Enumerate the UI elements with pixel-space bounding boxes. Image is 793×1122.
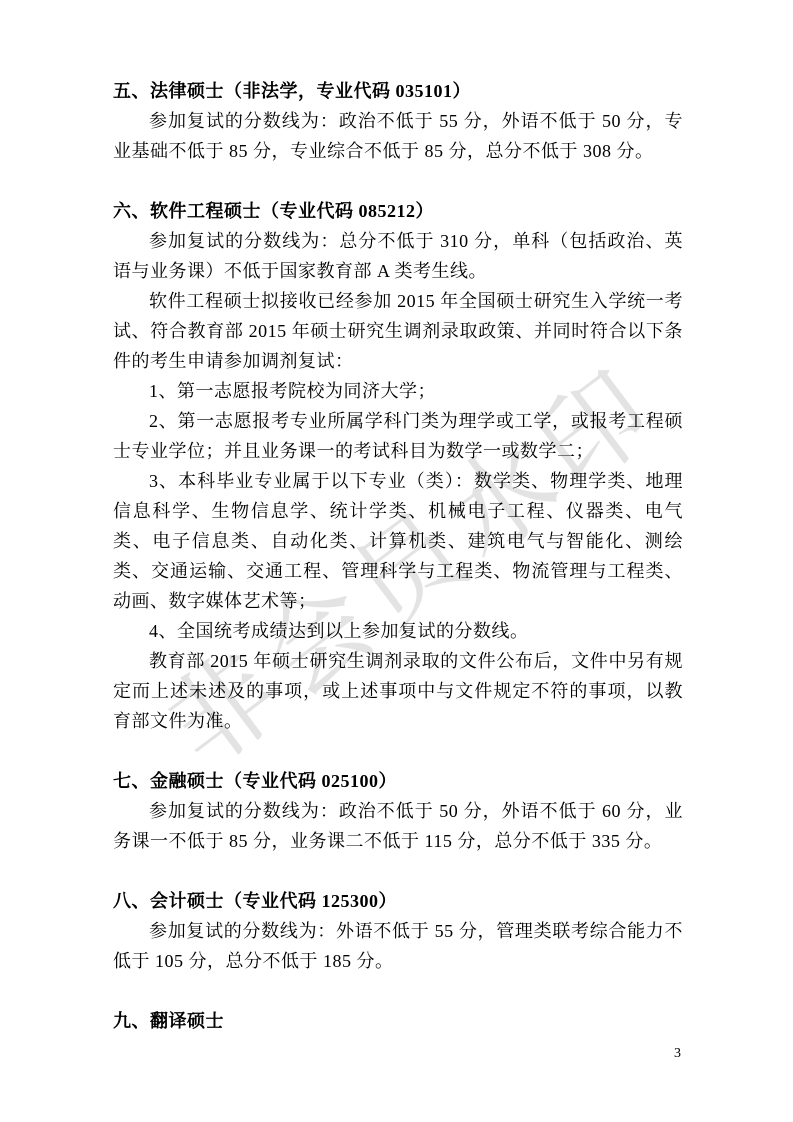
section-8-accounting-master: 八、会计硕士（专业代码 125300）参加复试的分数线为：外语不低于 55 分，… xyxy=(113,886,683,976)
section-6-software-engineering-master-paragraph-1: 参加复试的分数线为：总分不低于 310 分，单科（包括政治、英语与业务课）不低于… xyxy=(113,226,683,286)
section-5-law-master-paragraph-1: 参加复试的分数线为：政治不低于 55 分，外语不低于 50 分，专业基础不低于 … xyxy=(113,106,683,166)
section-5-law-master: 五、法律硕士（非法学，专业代码 035101）参加复试的分数线为：政治不低于 5… xyxy=(113,76,683,166)
section-6-software-engineering-master-heading: 六、软件工程硕士（专业代码 085212） xyxy=(113,196,683,226)
section-6-software-engineering-master: 六、软件工程硕士（专业代码 085212）参加复试的分数线为：总分不低于 310… xyxy=(113,196,683,736)
section-6-software-engineering-master-paragraph-2: 软件工程硕士拟接收已经参加 2015 年全国硕士研究生入学统一考试、符合教育部 … xyxy=(113,286,683,376)
section-6-software-engineering-master-paragraph-4: 2、第一志愿报考专业所属学科门类为理学或工学，或报考工程硕士专业学位；并且业务课… xyxy=(113,406,683,466)
section-8-accounting-master-heading: 八、会计硕士（专业代码 125300） xyxy=(113,886,683,916)
section-6-software-engineering-master-paragraph-3: 1、第一志愿报考院校为同济大学； xyxy=(113,376,683,406)
page-number: 3 xyxy=(674,1044,681,1064)
section-5-law-master-heading: 五、法律硕士（非法学，专业代码 035101） xyxy=(113,76,683,106)
section-8-accounting-master-paragraph-1: 参加复试的分数线为：外语不低于 55 分，管理类联考综合能力不低于 105 分，… xyxy=(113,916,683,976)
section-6-software-engineering-master-paragraph-6: 4、全国统考成绩达到以上参加复试的分数线。 xyxy=(113,616,683,646)
section-7-finance-master-heading: 七、金融硕士（专业代码 025100） xyxy=(113,766,683,796)
section-9-translation-master: 九、翻译硕士 xyxy=(113,1006,683,1036)
section-7-finance-master-paragraph-1: 参加复试的分数线为：政治不低于 50 分，外语不低于 60 分，业务课一不低于 … xyxy=(113,796,683,856)
section-7-finance-master: 七、金融硕士（专业代码 025100）参加复试的分数线为：政治不低于 50 分，… xyxy=(113,766,683,856)
document-content: 五、法律硕士（非法学，专业代码 035101）参加复试的分数线为：政治不低于 5… xyxy=(0,0,793,1036)
section-9-translation-master-heading: 九、翻译硕士 xyxy=(113,1006,683,1036)
document-page: 非会员水印 五、法律硕士（非法学，专业代码 035101）参加复试的分数线为：政… xyxy=(0,0,793,1122)
section-6-software-engineering-master-paragraph-7: 教育部 2015 年硕士研究生调剂录取的文件公布后，文件中另有规定而上述未述及的… xyxy=(113,646,683,736)
section-6-software-engineering-master-paragraph-5: 3、本科毕业专业属于以下专业（类）：数学类、物理学类、地理信息科学、生物信息学、… xyxy=(113,466,683,616)
